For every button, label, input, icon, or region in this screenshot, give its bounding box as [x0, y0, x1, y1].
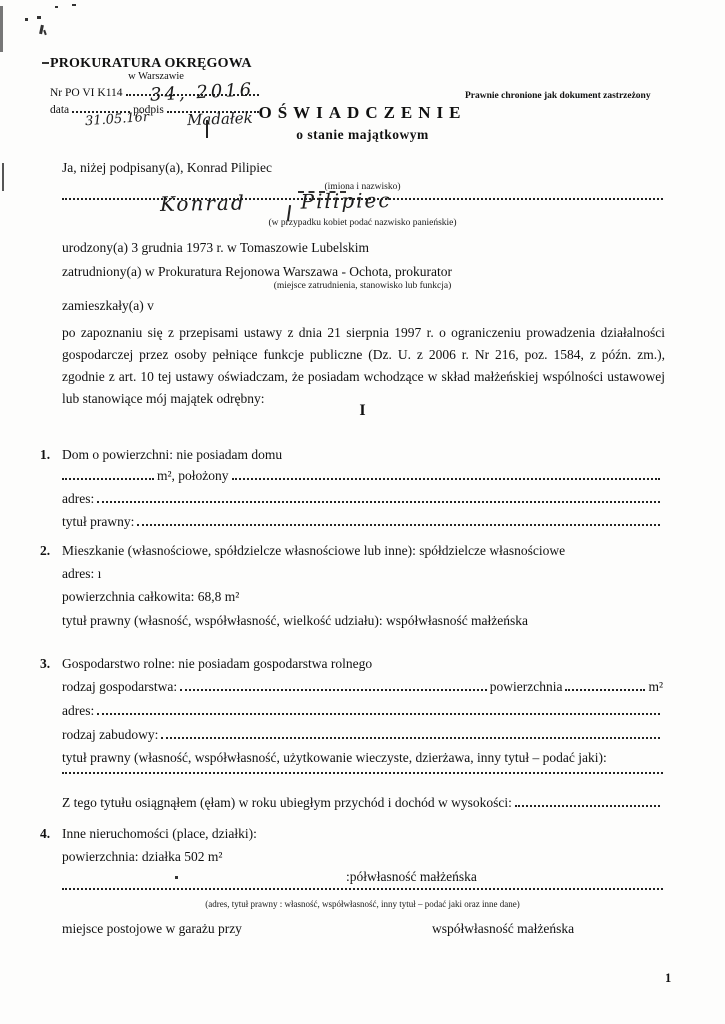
item3-buildings-label: rodzaj zabudowy: — [62, 727, 158, 743]
item2-address-text: adres: ı — [62, 566, 101, 582]
item2-number: 2. — [40, 543, 50, 559]
item4-parking-coownership: współwłasność małżeńska — [432, 921, 574, 937]
item3-address-row: adres: — [62, 703, 663, 719]
item2-title-row: Mieszkanie (własnościowe, spółdzielcze w… — [62, 543, 663, 559]
item2-title: Mieszkanie (własnościowe, spółdzielcze w… — [62, 543, 565, 559]
document-page: PROKURATURA OKRĘGOWA w Warszawie Nr PO V… — [0, 0, 725, 1024]
item4-title-row: Inne nieruchomości (place, działki): — [62, 826, 663, 842]
declarant-text: Ja, niżej podpisany(a), Konrad Pilipiec — [62, 160, 272, 176]
item1-area-unit: m², położony — [157, 468, 229, 484]
item4-number: 4. — [40, 826, 50, 842]
scan-artifact — [55, 6, 58, 8]
residing-text: zamieszkały(a) v — [62, 298, 154, 314]
item1-legal-title-label: tytuł prawny: — [62, 514, 134, 530]
scan-artifact — [42, 62, 49, 64]
scan-artifact — [2, 163, 4, 191]
dotted-line — [97, 501, 660, 503]
item1-title-row: Dom o powierzchni: nie posiadam domu — [62, 447, 663, 463]
born-line: urodzony(a) 3 grudnia 1973 r. w Tomaszow… — [62, 240, 663, 256]
item3-legal-title-text: tytuł prawny (własność, współwłasność, u… — [62, 750, 607, 766]
item1-area-row: m², położony — [62, 468, 663, 484]
item4-dotted-row — [62, 888, 663, 891]
item3-title: Gospodarstwo rolne: nie posiadam gospoda… — [62, 656, 372, 672]
item1-number: 1. — [40, 447, 50, 463]
dotted-line — [565, 689, 645, 691]
dotted-line — [62, 772, 663, 774]
employed-text: zatrudniony(a) w Prokuratura Rejonowa Wa… — [62, 264, 452, 280]
item2-legal-title-text: tytuł prawny (własność, współwłasność, w… — [62, 613, 528, 629]
dotted-line — [180, 689, 487, 691]
item1-legal-title-row: tytuł prawny: — [62, 514, 663, 530]
item4-area-row: powierzchnia: działka 502 m² — [62, 849, 663, 865]
dotted-line — [97, 713, 660, 715]
item4-coownership-partial: :półwłasność małżeńska — [346, 869, 477, 885]
name-dotted-row — [62, 198, 663, 201]
dotted-line — [62, 198, 663, 200]
dotted-line — [515, 805, 660, 807]
scan-artifact — [175, 876, 178, 879]
dotted-line — [232, 478, 660, 480]
item4-parking-text: miejsce postojowe w garażu przy — [62, 921, 242, 937]
item1-title: Dom o powierzchni: nie posiadam domu — [62, 447, 282, 463]
scan-artifact — [43, 30, 47, 35]
item4-area-text: powierzchnia: działka 502 m² — [62, 849, 222, 865]
item3-area-unit: m² — [648, 679, 663, 695]
stamp-number-label: Nr PO VI K114 — [50, 87, 123, 99]
item1-address-row: adres: — [62, 491, 663, 507]
declarant-line: Ja, niżej podpisany(a), Konrad Pilipiec — [62, 160, 663, 176]
maiden-caption: (w przypadku kobiet podać nazwisko panie… — [62, 218, 663, 228]
section-header: I — [359, 402, 365, 419]
document-subtitle: o stanie majątkowym — [296, 127, 429, 142]
item3-legal-title-row: tytuł prawny (własność, współwłasność, u… — [62, 750, 663, 766]
item3-type-row: rodzaj gospodarstwa: powierzchnia m² — [62, 679, 663, 695]
classification-note: Prawnie chronione jak dokument zastrzeżo… — [465, 91, 720, 101]
born-text: urodzony(a) 3 grudnia 1973 r. w Tomaszow… — [62, 240, 369, 256]
dotted-line — [62, 478, 154, 480]
scan-artifact — [25, 18, 28, 21]
document-title: OŚWIADCZENIE — [258, 103, 466, 122]
item3-address-label: adres: — [62, 703, 94, 719]
stamp-office-name: PROKURATURA OKRĘGOWA — [50, 56, 262, 72]
dotted-line — [137, 524, 660, 526]
item4-title: Inne nieruchomości (place, działki): — [62, 826, 257, 842]
legal-paragraph: po zapoznaniu się z przepisami ustawy z … — [62, 322, 665, 409]
handwritten-name: Konrad Pilipiec — [160, 188, 392, 216]
item1-address-label: adres: — [62, 491, 94, 507]
dotted-line — [62, 888, 663, 890]
item4-caption: (adres, tytuł prawny : własność, współwł… — [62, 899, 663, 909]
item3-number: 3. — [40, 656, 50, 672]
item3-income-row: Z tego tytułu osiągnąłem (ęłam) w roku u… — [62, 795, 663, 811]
scan-artifact — [72, 4, 76, 6]
item2-legal-title-row: tytuł prawny (własność, współwłasność, w… — [62, 613, 663, 629]
scan-artifact — [0, 6, 3, 52]
item3-buildings-row: rodzaj zabudowy: — [62, 727, 663, 743]
item2-area-text: powierzchnia całkowita: 68,8 m² — [62, 589, 239, 605]
item3-title-row: Gospodarstwo rolne: nie posiadam gospoda… — [62, 656, 663, 672]
item3-type-label: rodzaj gospodarstwa: — [62, 679, 177, 695]
employed-line: zatrudniony(a) w Prokuratura Rejonowa Wa… — [62, 264, 663, 280]
item3-area-label: powierzchnia — [490, 679, 563, 695]
item2-area-row: powierzchnia całkowita: 68,8 m² — [62, 589, 663, 605]
item2-address-row: adres: ı — [62, 566, 663, 582]
employment-caption: (miejsce zatrudnienia, stanowisko lub fu… — [62, 281, 663, 291]
residing-line: zamieszkały(a) v — [62, 298, 663, 314]
item3-dotted-row — [62, 772, 663, 775]
scan-artifact — [37, 16, 41, 19]
page-number: 1 — [665, 971, 671, 986]
item3-income-text: Z tego tytułu osiągnąłem (ęłam) w roku u… — [62, 795, 512, 811]
dotted-line — [161, 737, 660, 739]
